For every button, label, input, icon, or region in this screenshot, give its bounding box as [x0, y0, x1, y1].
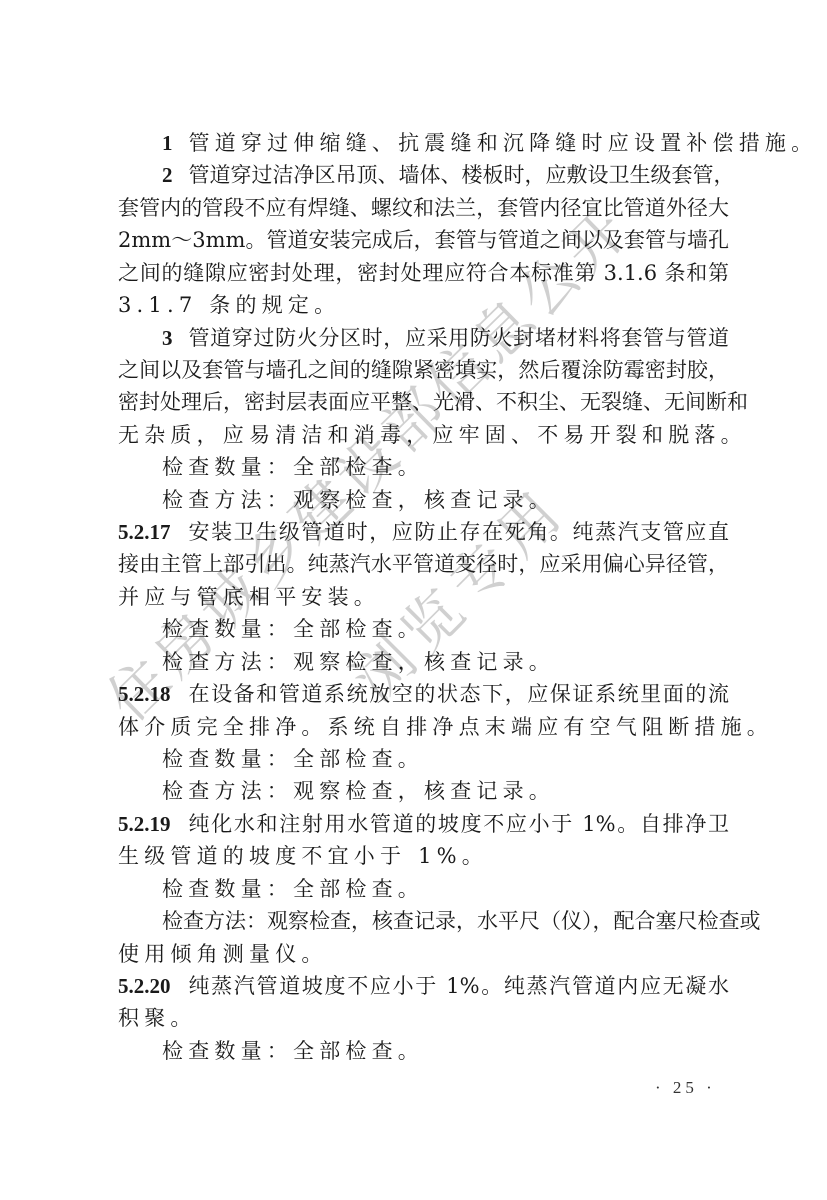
line-text: 检查方法：观察检查，核查记录。 [118, 484, 729, 516]
text-line: 体介质完全排净。系统自排净点末端应有空气阻断措施。 [118, 711, 729, 743]
text-line: 检查数量：全部检查。 [118, 873, 729, 905]
text-line: 1管道穿过伸缩缝、抗震缝和沉降缝时应设置补偿措施。 [118, 127, 729, 159]
line-text: 管道穿过防火分区时，应采用防火封堵材料将套管与管道 [189, 322, 730, 354]
line-text: 3.1.7 条的规定。 [118, 289, 729, 321]
list-item-number: 2 [162, 159, 173, 191]
clause-number: 5.2.20 [118, 970, 171, 1002]
page-number: · 25 · [655, 1078, 716, 1098]
line-text: 检查方法：观察检查，核查记录。 [118, 646, 729, 678]
line-text: 之间的缝隙应密封处理，密封处理应符合本标准第 3.1.6 条和第 [118, 257, 729, 289]
text-line: 之间的缝隙应密封处理，密封处理应符合本标准第 3.1.6 条和第 [118, 257, 729, 289]
line-text: 安装卫生级管道时，应防止存在死角。纯蒸汽支管应直 [189, 516, 730, 548]
line-text: 检查数量：全部检查。 [118, 743, 729, 775]
text-line: 检查方法：观察检查，核查记录。 [118, 775, 729, 807]
text-line: 使用倾角测量仪。 [118, 938, 729, 970]
body-text: 1管道穿过伸缩缝、抗震缝和沉降缝时应设置补偿措施。2管道穿过洁净区吊顶、墙体、楼… [118, 127, 729, 1067]
text-line: 套管内的管段不应有焊缝、螺纹和法兰，套管内径宜比管道外径大 [118, 192, 729, 224]
line-content: 5.2.20纯蒸汽管道坡度不应小于 1%。纯蒸汽管道内应无凝水 [118, 970, 729, 1002]
line-text: 检查数量：全部检查。 [118, 613, 729, 645]
text-line: 3管道穿过防火分区时，应采用防火封堵材料将套管与管道 [118, 322, 729, 354]
line-text: 并应与管底相平安装。 [118, 581, 729, 613]
text-line: 2管道穿过洁净区吊顶、墙体、楼板时，应敷设卫生级套管， [118, 159, 729, 191]
line-content: 5.2.18在设备和管道系统放空的状态下，应保证系统里面的流 [118, 678, 729, 710]
text-line: 之间以及套管与墙孔之间的缝隙紧密填实，然后覆涂防霉密封胶， [118, 354, 729, 386]
text-line: 积聚。 [118, 1002, 729, 1034]
line-text: 在设备和管道系统放空的状态下，应保证系统里面的流 [189, 678, 730, 710]
line-text: 纯化水和注射用水管道的坡度不应小于 1%。自排净卫 [189, 808, 730, 840]
line-text: 套管内的管段不应有焊缝、螺纹和法兰，套管内径宜比管道外径大 [118, 192, 729, 224]
clause-number: 5.2.17 [118, 516, 171, 548]
text-line: 检查数量：全部检查。 [118, 1035, 729, 1067]
text-line: 检查数量：全部检查。 [118, 451, 729, 483]
text-line: 5.2.20纯蒸汽管道坡度不应小于 1%。纯蒸汽管道内应无凝水 [118, 970, 729, 1002]
text-line: 5.2.17安装卫生级管道时，应防止存在死角。纯蒸汽支管应直 [118, 516, 729, 548]
document-page: 住房城乡建设部信息公开 浏览专用 1管道穿过伸缩缝、抗震缝和沉降缝时应设置补偿措… [0, 0, 827, 1200]
line-text: 之间以及套管与墙孔之间的缝隙紧密填实，然后覆涂防霉密封胶， [118, 354, 729, 386]
line-text: 2mm～3mm。管道安装完成后，套管与管道之间以及套管与墙孔 [118, 224, 729, 256]
text-line: 检查数量：全部检查。 [118, 743, 729, 775]
text-line: 5.2.18在设备和管道系统放空的状态下，应保证系统里面的流 [118, 678, 729, 710]
line-text: 接由主管上部引出。纯蒸汽水平管道变径时，应采用偏心异径管， [118, 548, 729, 580]
line-text: 无杂质，应易清洁和消毒，应牢固、不易开裂和脱落。 [118, 419, 729, 451]
line-content: 2管道穿过洁净区吊顶、墙体、楼板时，应敷设卫生级套管， [118, 159, 735, 191]
text-line: 检查数量：全部检查。 [118, 613, 729, 645]
line-text: 积聚。 [118, 1002, 729, 1034]
line-content: 5.2.17安装卫生级管道时，应防止存在死角。纯蒸汽支管应直 [118, 516, 729, 548]
line-text: 检查方法：观察检查，核查记录，水平尺（仪），配合塞尺检查或 [118, 905, 729, 937]
line-content: 3管道穿过防火分区时，应采用防火封堵材料将套管与管道 [118, 322, 729, 354]
line-text: 生级管道的坡度不宜小于 1%。 [118, 840, 729, 872]
text-line: 接由主管上部引出。纯蒸汽水平管道变径时，应采用偏心异径管， [118, 548, 729, 580]
line-content: 5.2.19纯化水和注射用水管道的坡度不应小于 1%。自排净卫 [118, 808, 729, 840]
line-text: 管道穿过洁净区吊顶、墙体、楼板时，应敷设卫生级套管， [189, 159, 735, 191]
line-text: 检查数量：全部检查。 [118, 1035, 729, 1067]
line-text: 检查方法：观察检查，核查记录。 [118, 775, 729, 807]
text-line: 并应与管底相平安装。 [118, 581, 729, 613]
clause-number: 5.2.18 [118, 678, 171, 710]
line-text: 密封处理后，密封层表面应平整、光滑、不积尘、无裂缝、无间断和 [118, 386, 729, 418]
line-text: 检查数量：全部检查。 [118, 873, 729, 905]
line-text: 管道穿过伸缩缝、抗震缝和沉降缝时应设置补偿措施。 [189, 127, 818, 159]
line-text: 检查数量：全部检查。 [118, 451, 729, 483]
clause-number: 5.2.19 [118, 808, 171, 840]
text-line: 2mm～3mm。管道安装完成后，套管与管道之间以及套管与墙孔 [118, 224, 729, 256]
line-text: 纯蒸汽管道坡度不应小于 1%。纯蒸汽管道内应无凝水 [189, 970, 730, 1002]
text-line: 检查方法：观察检查，核查记录。 [118, 484, 729, 516]
text-line: 检查方法：观察检查，核查记录。 [118, 646, 729, 678]
text-line: 3.1.7 条的规定。 [118, 289, 729, 321]
text-line: 检查方法：观察检查，核查记录，水平尺（仪），配合塞尺检查或 [118, 905, 729, 937]
text-line: 生级管道的坡度不宜小于 1%。 [118, 840, 729, 872]
list-item-number: 1 [162, 127, 173, 159]
text-line: 5.2.19纯化水和注射用水管道的坡度不应小于 1%。自排净卫 [118, 808, 729, 840]
line-content: 1管道穿过伸缩缝、抗震缝和沉降缝时应设置补偿措施。 [118, 127, 773, 159]
text-line: 密封处理后，密封层表面应平整、光滑、不积尘、无裂缝、无间断和 [118, 386, 729, 418]
text-line: 无杂质，应易清洁和消毒，应牢固、不易开裂和脱落。 [118, 419, 729, 451]
list-item-number: 3 [162, 322, 173, 354]
line-text: 使用倾角测量仪。 [118, 938, 729, 970]
line-text: 体介质完全排净。系统自排净点末端应有空气阻断措施。 [118, 711, 729, 743]
